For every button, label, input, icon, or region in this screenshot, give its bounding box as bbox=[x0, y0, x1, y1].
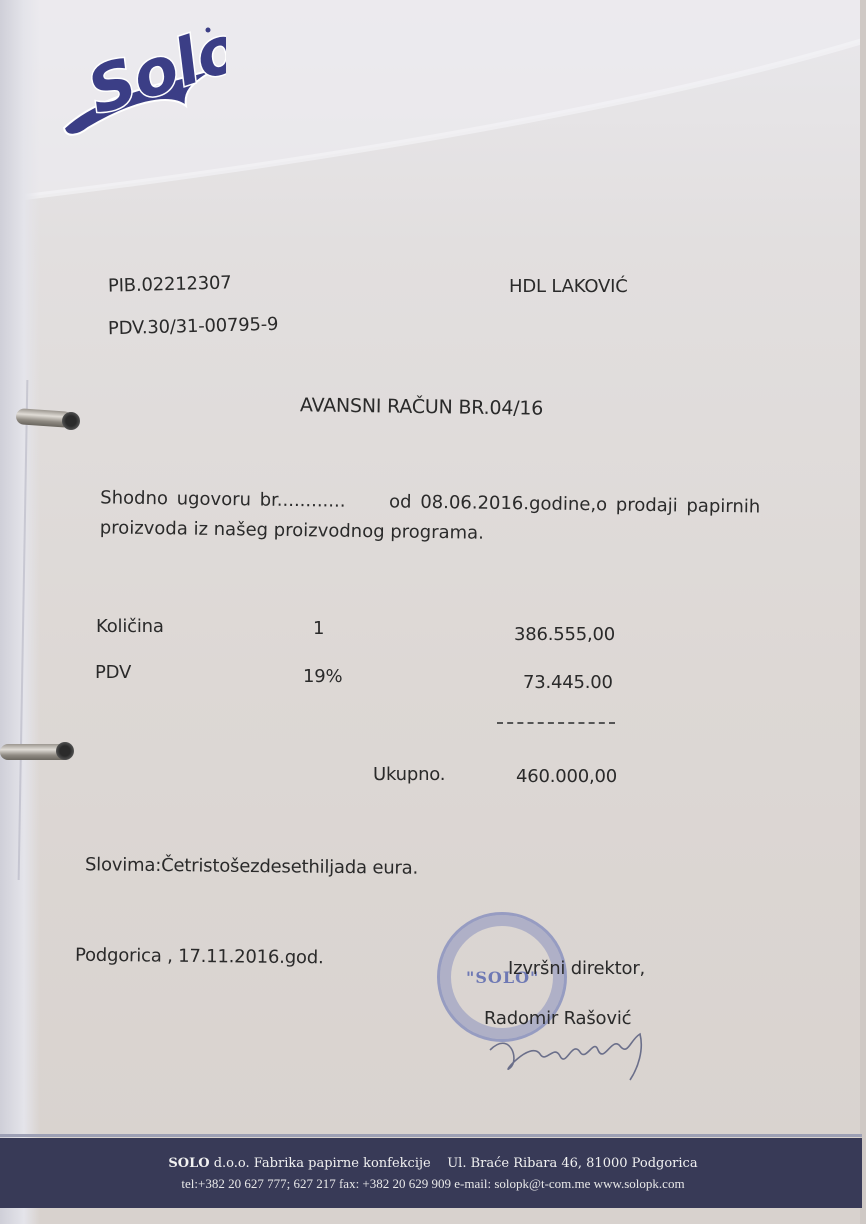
item-rate-pdv: 19% bbox=[303, 666, 342, 687]
footer-company-details: d.o.o. Fabrika papirne konfekcije Ul. Br… bbox=[210, 1156, 698, 1171]
body-paragraph: Shodno ugovoru br............ od 08.06.2… bbox=[100, 483, 771, 552]
pib-number: PIB.02212307 bbox=[108, 272, 232, 296]
page-left-shadow bbox=[0, 0, 40, 1224]
page-right-edge bbox=[860, 0, 866, 1224]
binder-hole-bottom bbox=[56, 742, 74, 760]
item-amount-pdv: 73.445.00 bbox=[523, 672, 613, 693]
recipient-name: HDL LAKOVIĆ bbox=[509, 276, 628, 297]
binder-hole-top bbox=[62, 412, 80, 430]
letterhead-footer bbox=[0, 1138, 862, 1208]
amount-in-words: Slovima:Četristošezdesethiljada eura. bbox=[85, 854, 418, 878]
item-label-quantity: Količina bbox=[96, 616, 164, 637]
item-qty-quantity: 1 bbox=[313, 618, 324, 639]
footer-company-name: SOLO bbox=[168, 1156, 209, 1171]
footer-contact-line: tel:+382 20 627 777; 627 217 fax: +382 2… bbox=[0, 1176, 866, 1192]
total-amount: 460.000,00 bbox=[516, 766, 617, 787]
svg-text:Solo: Solo bbox=[79, 11, 226, 130]
document-title: AVANSNI RAČUN BR.04/16 bbox=[300, 394, 543, 419]
total-separator bbox=[497, 722, 615, 724]
invoice-page bbox=[0, 0, 866, 1224]
total-label: Ukupno. bbox=[373, 764, 445, 785]
solo-logo: Solo bbox=[58, 8, 226, 140]
place-date: Podgorica , 17.11.2016.god. bbox=[75, 945, 324, 969]
item-label-pdv: PDV bbox=[95, 662, 131, 683]
signatory-role: Izvršni direktor, bbox=[508, 958, 645, 979]
footer-company-line: SOLO d.o.o. Fabrika papirne konfekcije U… bbox=[0, 1156, 866, 1171]
signature-scribble bbox=[480, 1020, 660, 1082]
item-amount-quantity: 386.555,00 bbox=[514, 624, 615, 645]
footer-rule bbox=[0, 1134, 862, 1137]
pdv-number: PDV.30/31-00795-9 bbox=[108, 314, 279, 339]
